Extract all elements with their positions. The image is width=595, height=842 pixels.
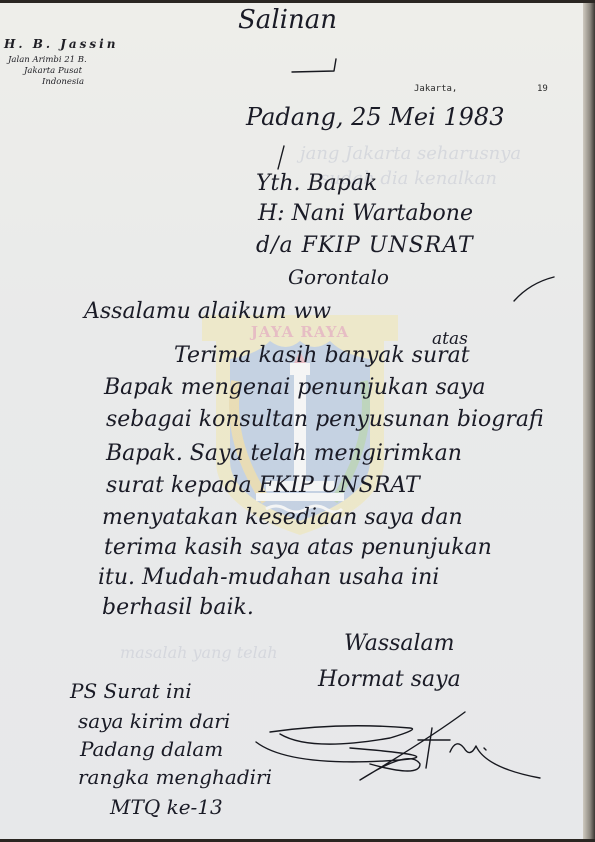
postscript-line: Padang dalam xyxy=(80,737,223,761)
body-line: terima kasih saya atas penunjukan xyxy=(104,535,492,560)
watermark-title: JAYA RAYA xyxy=(218,323,382,341)
postscript-line: PS Surat ini xyxy=(70,679,192,703)
postscript-line: MTQ ke-13 xyxy=(110,795,223,819)
recipient-city: Gorontalo xyxy=(288,265,389,289)
bleed-through-text: masalah yang telah xyxy=(120,643,278,662)
letterhead: H. B. Jassin Jalan Arimbi 21 B. Jakarta … xyxy=(4,37,118,88)
salutation: Assalamu alaikum ww xyxy=(84,299,331,324)
body-line: sebagai konsultan penyusunan biografi xyxy=(106,407,544,432)
body-line: Terima kasih banyak surat xyxy=(174,343,470,368)
body-line: Bapak mengenai penunjukan saya xyxy=(104,375,485,400)
body-line: surat kepada FKIP UNSRAT xyxy=(106,473,420,498)
place-date: Padang, 25 Mei 1983 xyxy=(246,103,504,131)
signature xyxy=(250,708,550,788)
printed-year-prefix: 19 xyxy=(537,84,548,94)
postscript-line: rangka menghadiri xyxy=(78,765,272,789)
pen-tick-mark xyxy=(272,143,292,173)
pen-stroke-mark xyxy=(510,275,560,305)
letterhead-address-street: Jalan Arimbi 21 B. xyxy=(8,55,118,66)
printed-city-label: Jakarta, xyxy=(414,84,457,94)
page-edge xyxy=(583,3,595,839)
body-line: menyatakan kesediaan saya dan xyxy=(102,505,463,530)
letter-page: H. B. Jassin Jalan Arimbi 21 B. Jakarta … xyxy=(0,3,585,839)
recipient-title: Yth. Bapak xyxy=(256,171,377,196)
recipient-name: H: Nani Wartabone xyxy=(258,201,473,226)
postscript-line: saya kirim dari xyxy=(78,709,230,733)
letterhead-address-city: Jakarta Pusat xyxy=(24,66,118,77)
closing-hormat: Hormat saya xyxy=(318,667,461,692)
bleed-through-text: jang Jakarta seharusnya xyxy=(300,143,521,164)
body-line: itu. Mudah-mudahan usaha ini xyxy=(98,565,439,590)
letterhead-name: H. B. Jassin xyxy=(4,37,118,51)
copy-annotation: Salinan xyxy=(238,5,337,35)
letterhead-address-country: Indonesia xyxy=(42,77,118,88)
recipient-address: d/a FKIP UNSRAT xyxy=(256,233,474,258)
underline-mark xyxy=(290,53,340,75)
closing-wassalam: Wassalam xyxy=(344,631,455,656)
body-line: Bapak. Saya telah mengirimkan xyxy=(106,441,462,466)
body-line: berhasil baik. xyxy=(102,595,254,620)
